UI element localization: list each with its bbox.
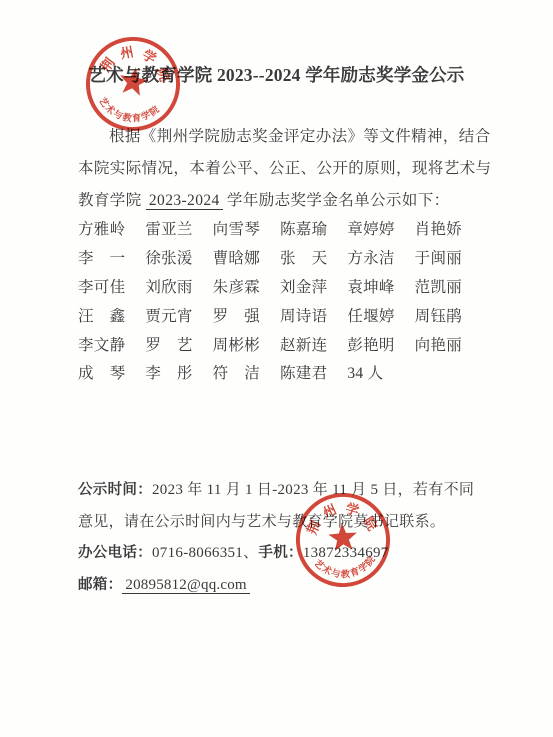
- name-item: 于闽丽: [415, 246, 482, 268]
- seal-char: 州: [119, 44, 135, 61]
- name-item: 周彬彬: [213, 333, 280, 355]
- intro-line-2: 本院实际情况，本着公平、公正、公开的原则，现将艺术与: [78, 153, 482, 185]
- name-item: 贾元宵: [145, 304, 212, 326]
- name-item: 陈嘉瑜: [280, 217, 347, 239]
- name-item: 符 洁: [213, 361, 280, 383]
- intro-line-3-suffix: 学年励志奖学金名单公示如下：: [223, 192, 450, 209]
- official-seal-top: 荆州学院 艺术与教育学院: [72, 23, 195, 146]
- name-item: 曹晗娜: [213, 246, 280, 268]
- name-item: 朱彦霖: [213, 275, 280, 297]
- name-item: 向艳丽: [415, 333, 482, 355]
- official-seal-bottom: 荆州学院 艺术与教育学院: [286, 483, 399, 596]
- name-item: 李 一: [78, 246, 145, 268]
- time-label: 公示时间：: [78, 482, 152, 498]
- name-item: 肖艳娇: [415, 217, 482, 239]
- name-item: 刘欣雨: [145, 275, 212, 297]
- name-item: 李可佳: [78, 275, 145, 297]
- name-item: 范凯丽: [415, 275, 482, 297]
- name-item: 刘金萍: [280, 275, 347, 297]
- name-item: 34 人: [347, 361, 414, 383]
- intro-line-3-years: 2023-2024: [146, 192, 223, 210]
- star-icon: [328, 522, 358, 551]
- name-item: 赵新连: [280, 333, 347, 355]
- seal-char: 学: [344, 500, 362, 519]
- intro-line-3-prefix: 教育学院: [78, 192, 146, 209]
- name-item: 周钰鹃: [415, 304, 482, 326]
- seal-char: 州: [320, 502, 338, 521]
- name-item: 任堰婷: [347, 304, 414, 326]
- intro-line-3: 教育学院 2023-2024 学年励志奖学金名单公示如下：: [78, 185, 482, 217]
- name-item: 罗 强: [213, 304, 280, 326]
- phone-label: 办公电话：: [78, 545, 152, 561]
- name-item: 方永洁: [347, 246, 414, 268]
- name-item: 章婷婷: [347, 217, 414, 239]
- seal-char: 荆: [303, 518, 323, 536]
- name-item: 向雪琴: [213, 217, 280, 239]
- email-address: 20895812@qq.com: [122, 577, 249, 594]
- name-item: 成 琴: [78, 361, 145, 383]
- star-icon: [117, 65, 150, 97]
- name-item: 罗 艺: [145, 333, 212, 355]
- name-item: 陈建君: [280, 361, 347, 383]
- name-item: 张 天: [280, 246, 347, 268]
- names-grid: 方雅岭雷亚兰向雪琴陈嘉瑜章婷婷肖艳娇李 一徐张湲曹晗娜张 天方永洁于闽丽李可佳刘…: [78, 214, 482, 387]
- seal-char: 院: [360, 514, 381, 534]
- seal-char: 学: [140, 46, 160, 67]
- name-item: 方雅岭: [78, 217, 145, 239]
- name-item: 李 彤: [145, 361, 212, 383]
- name-item: 雷亚兰: [145, 217, 212, 239]
- seal-char: 院: [154, 66, 173, 84]
- name-item: 徐张湲: [145, 246, 212, 268]
- name-item: 袁坤峰: [347, 275, 414, 297]
- name-item: 李文静: [78, 333, 145, 355]
- document-page: 艺术与教育学院 2023--2024 学年励志奖学金公示 根据《荆州学院励志奖金…: [0, 0, 553, 737]
- email-label: 邮箱：: [78, 577, 122, 593]
- office-phone-number: 0716-8066351、: [152, 545, 258, 561]
- seal-char: 荆: [97, 54, 118, 74]
- name-item: 彭艳明: [347, 333, 414, 355]
- name-item: 周诗语: [280, 304, 347, 326]
- name-item: 汪 鑫: [78, 304, 145, 326]
